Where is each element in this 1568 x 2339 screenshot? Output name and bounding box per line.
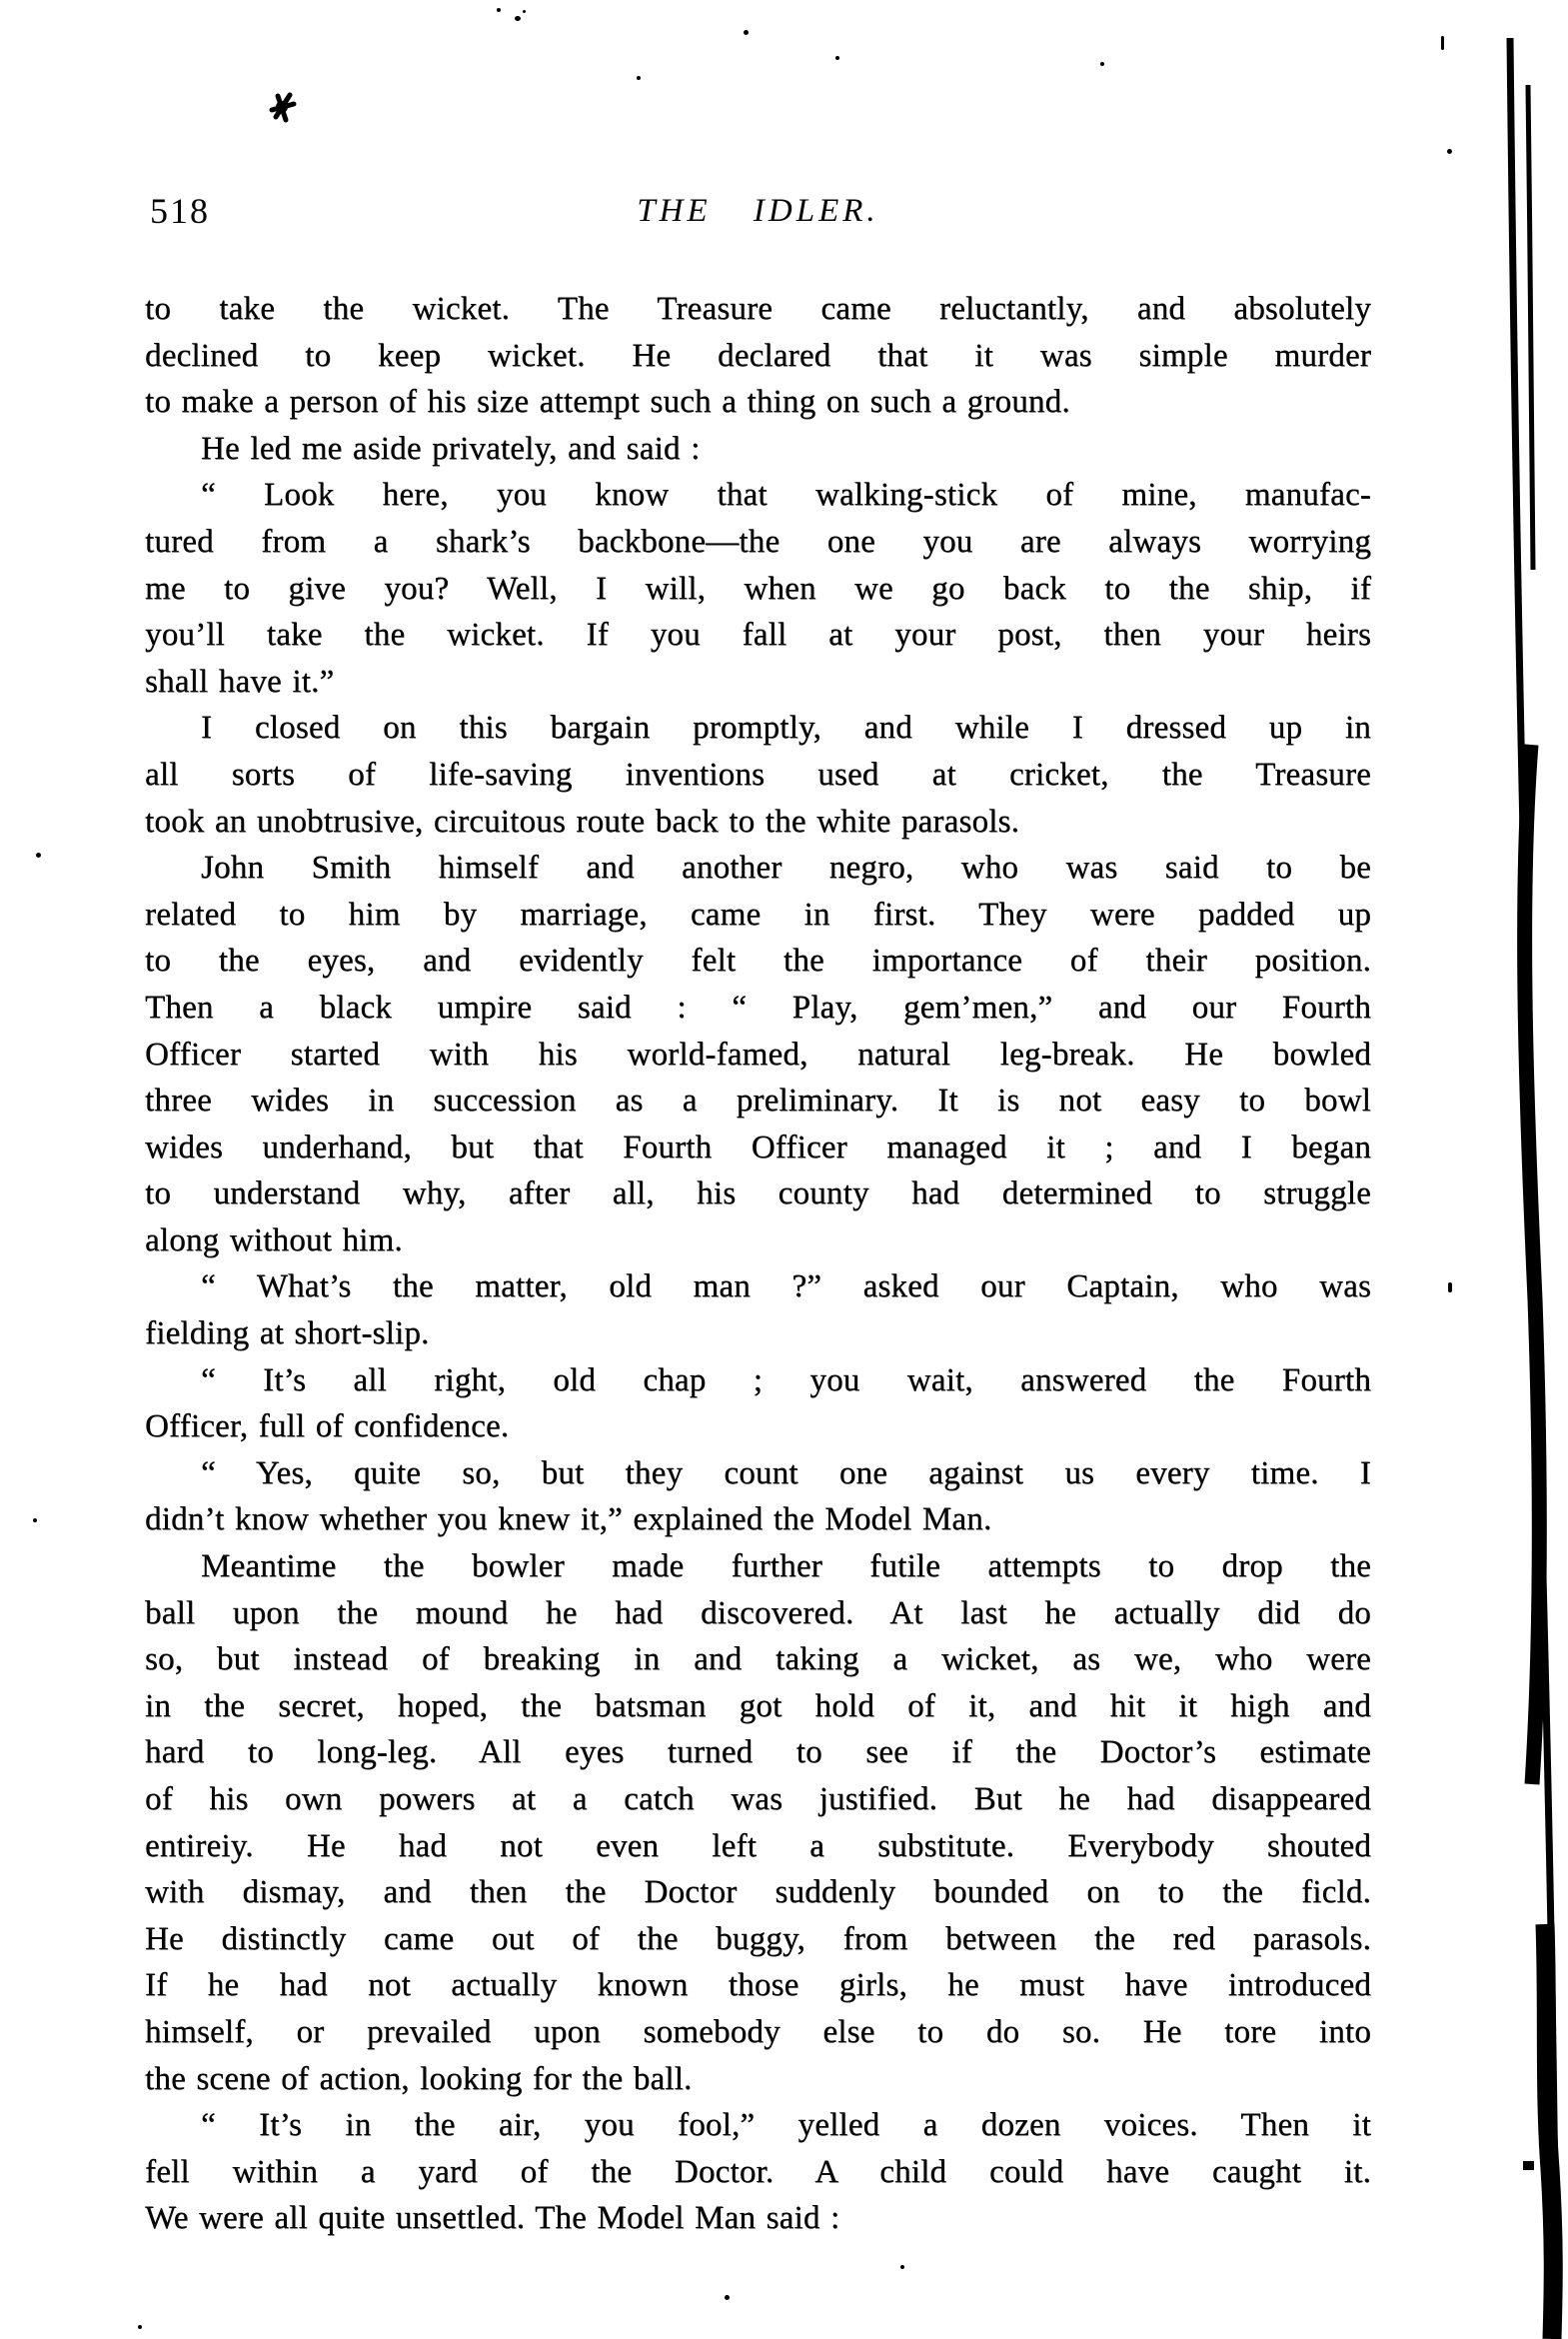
text-line: to make a person of his size attempt suc… [145, 379, 1371, 426]
text-line: along without him. [145, 1217, 1371, 1264]
text-line: himself, or prevailed upon somebody else… [145, 2009, 1371, 2056]
text-line: related to him by marriage, came in firs… [145, 892, 1371, 939]
ink-speck [515, 16, 521, 21]
ink-speck [1441, 36, 1444, 50]
ink-speck [744, 30, 749, 35]
ink-speck [523, 10, 526, 13]
text-line: hard to long-leg. All eyes turned to see… [145, 1729, 1371, 1776]
text-line: of his own powers at a catch was justifi… [145, 1776, 1371, 1823]
text-line: “ It’s all right, old chap ; you wait, a… [145, 1357, 1371, 1404]
text-line: John Smith himself and another negro, wh… [145, 845, 1371, 892]
text-line: entireiy. He had not even left a substit… [145, 1823, 1371, 1870]
journal-title: THE IDLER. [145, 193, 1371, 230]
text-line: Meantime the bowler made further futile … [145, 1543, 1371, 1590]
ink-speck [637, 76, 641, 80]
text-line: shall have it.” [145, 659, 1371, 706]
text-line: Officer, full of confidence. [145, 1403, 1371, 1450]
text-line: Officer started with his world-famed, na… [145, 1032, 1371, 1079]
text-line: me to give you? Well, I will, when we go… [145, 566, 1371, 613]
ink-speck [36, 853, 41, 858]
text-line: to understand why, after all, his county… [145, 1170, 1371, 1217]
page: 518 THE IDLER. to take the wicket. The T… [0, 0, 1568, 2339]
ink-speck [835, 56, 839, 60]
text-line: to take the wicket. The Treasure came re… [145, 286, 1371, 333]
text-line: in the secret, hoped, the batsman got ho… [145, 1683, 1371, 1730]
ink-blot [268, 90, 308, 130]
text-line: three wides in succession as a prelimina… [145, 1078, 1371, 1125]
text-line: to the eyes, and evidently felt the impo… [145, 938, 1371, 985]
text-line: all sorts of life-saving inventions used… [145, 752, 1371, 799]
text-line: fell within a yard of the Doctor. A chil… [145, 2149, 1371, 2196]
scanned-book-page: { "page": { "number": "518", "journal_ti… [0, 0, 1568, 2339]
ink-speck [138, 2325, 142, 2329]
text-line: took an unobtrusive, circuitous route ba… [145, 799, 1371, 846]
text-line: wides underhand, but that Fourth Officer… [145, 1125, 1371, 1171]
text-line: Then a black umpire said : “ Play, gem’m… [145, 985, 1371, 1032]
text-line: the scene of action, looking for the bal… [145, 2056, 1371, 2103]
text-line: “ Look here, you know that walking-stick… [145, 472, 1371, 519]
ink-speck [1448, 1282, 1452, 1292]
ink-speck [497, 8, 501, 12]
text-line: “ What’s the matter, old man ?” asked ou… [145, 1263, 1371, 1310]
text-line: He distinctly came out of the buggy, fro… [145, 1916, 1371, 1963]
text-line: “ Yes, quite so, but they count one agai… [145, 1450, 1371, 1497]
text-line: We were all quite unsettled. The Model M… [145, 2195, 1371, 2242]
text-line: He led me aside privately, and said : [145, 426, 1371, 473]
text-line: fielding at short-slip. [145, 1310, 1371, 1357]
ink-speck [1100, 62, 1104, 66]
ink-speck [900, 2265, 904, 2269]
text-line: declined to keep wicket. He declared tha… [145, 333, 1371, 380]
text-line: so, but instead of breaking in and takin… [145, 1636, 1371, 1683]
text-line: with dismay, and then the Doctor suddenl… [145, 1869, 1371, 1916]
text-line: ball upon the mound he had discovered. A… [145, 1590, 1371, 1637]
body-text: to take the wicket. The Treasure came re… [145, 286, 1371, 2242]
ink-speck [33, 1518, 37, 1522]
text-line: I closed on this bargain promptly, and w… [145, 705, 1371, 752]
ink-speck [1447, 149, 1452, 154]
text-line: tured from a shark’s backbone—the one yo… [145, 519, 1371, 566]
text-line: If he had not actually known those girls… [145, 1962, 1371, 2009]
ink-speck [725, 2295, 730, 2300]
text-line: you’ll take the wicket. If you fall at y… [145, 612, 1371, 659]
text-line: didn’t know whether you knew it,” explai… [145, 1496, 1371, 1543]
text-line: “ It’s in the air, you fool,” yelled a d… [145, 2102, 1371, 2149]
